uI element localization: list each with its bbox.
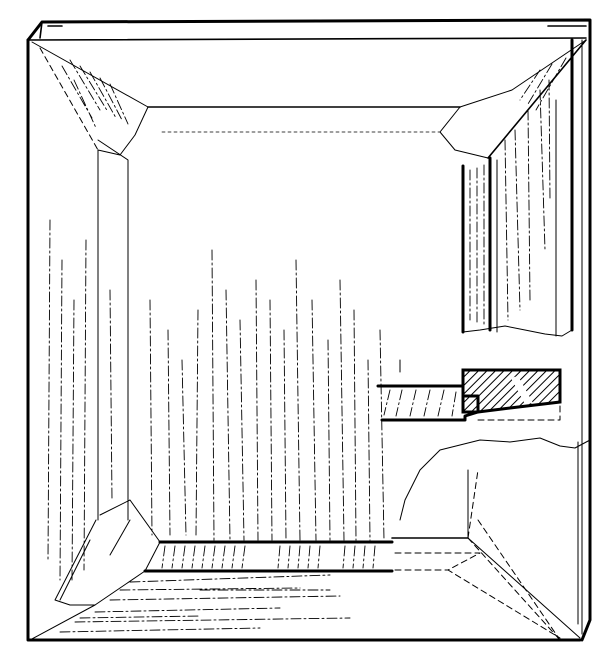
edge-profile-section <box>378 360 560 420</box>
panel-illustration <box>0 0 610 654</box>
inner-bevel <box>98 107 460 520</box>
bottom-rail <box>145 542 392 571</box>
patent-drawing <box>0 0 610 654</box>
miter-top-left <box>32 42 148 155</box>
right-cutaway-lower <box>392 438 590 640</box>
miter-bottom-left <box>30 500 160 640</box>
floor-grain <box>60 575 350 632</box>
outer-frame <box>28 20 590 640</box>
miter-top-right <box>440 40 586 158</box>
right-cutaway-upper <box>463 40 572 336</box>
